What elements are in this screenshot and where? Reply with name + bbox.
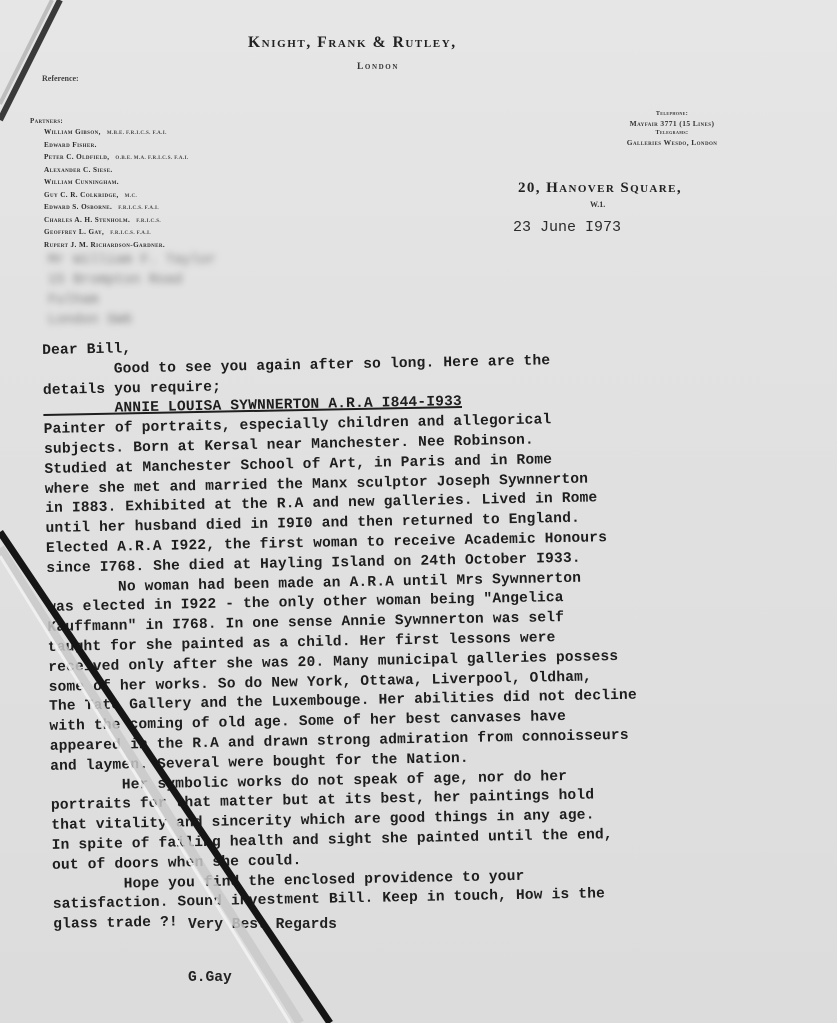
partner-name: Edward S. Osborne. xyxy=(44,203,112,211)
partner-name: William Gibson, xyxy=(44,128,101,136)
body-text: Good to see you again after so long. Her… xyxy=(42,347,833,936)
partner-name: Geoffrey L. Gay, xyxy=(44,228,104,236)
partner-entry: Charles A. H. Stenholm.F.R.I.C.S. xyxy=(44,215,189,228)
telephone-number: Mayfair 3771 (15 Lines) xyxy=(592,119,752,129)
partner-entry: William Gibson,M.B.E. F.R.I.C.S. F.A.I. xyxy=(44,127,189,140)
partner-entry: William Cunningham. xyxy=(44,177,189,190)
partners-list: William Gibson,M.B.E. F.R.I.C.S. F.A.I.E… xyxy=(44,127,189,252)
partner-qualifications: F.R.I.C.S. F.A.I. xyxy=(118,206,159,211)
partner-name: William Cunningham. xyxy=(44,178,119,186)
recipient-address-redacted: Mr William F. Taylor15 Brompton RoadFulh… xyxy=(48,250,216,330)
partner-qualifications: F.R.I.C.S. xyxy=(136,219,161,224)
letter-page: Knight, Frank & Rutley, London Reference… xyxy=(0,0,837,1023)
partner-entry: Edward S. Osborne.F.R.I.C.S. F.A.I. xyxy=(44,202,189,215)
firm-address: 20, Hanover Square, xyxy=(518,180,682,197)
recipient-line: Fulham xyxy=(48,290,216,310)
firm-name: Knight, Frank & Rutley, xyxy=(248,34,457,52)
partner-qualifications: M.B.E. F.R.I.C.S. F.A.I. xyxy=(107,131,167,136)
partner-entry: Guy C. R. Colkridge,M.C. xyxy=(44,190,189,203)
closing: Very Best Regards xyxy=(188,917,337,933)
reference-label: Reference: xyxy=(42,74,79,83)
partner-name: Guy C. R. Colkridge, xyxy=(44,191,119,199)
postal-district: W.1. xyxy=(590,200,605,209)
partner-name: Edward Fisher. xyxy=(44,141,97,149)
partner-entry: Geoffrey L. Gay,F.R.I.C.S. F.A.I. xyxy=(44,227,189,240)
telegrams-label: Telegrams: xyxy=(592,129,752,138)
firm-city: London xyxy=(357,62,399,72)
partner-name: Peter C. Oldfield, xyxy=(44,153,109,161)
partners-label: Partners: xyxy=(30,117,63,125)
letter-body: Dear Bill, Good to see you again after s… xyxy=(42,327,833,936)
recipient-line: 15 Brompton Road xyxy=(48,270,216,290)
signature: G.Gay xyxy=(188,970,232,986)
partner-qualifications: F.R.I.C.S. F.A.I. xyxy=(110,231,151,236)
recipient-line: London SW6 xyxy=(48,310,216,330)
partner-qualifications: M.C. xyxy=(125,194,137,199)
recipient-line: Mr William F. Taylor xyxy=(48,250,216,270)
partner-name: Alexander C. Siese. xyxy=(44,166,113,174)
partner-qualifications: O.B.E. M.A. F.R.I.C.S. F.A.I. xyxy=(115,156,188,161)
partner-name: Charles A. H. Stenholm. xyxy=(44,216,130,224)
partner-name: Rupert J. M. Richardson-Gardner. xyxy=(44,241,165,249)
telegrams-address: Galleries Wesdo, London xyxy=(592,138,752,148)
partner-entry: Peter C. Oldfield,O.B.E. M.A. F.R.I.C.S.… xyxy=(44,152,189,165)
partner-entry: Alexander C. Siese. xyxy=(44,165,189,178)
partner-entry: Edward Fisher. xyxy=(44,140,189,153)
contact-block: Telephone: Mayfair 3771 (15 Lines) Teleg… xyxy=(592,110,752,148)
telephone-label: Telephone: xyxy=(592,110,752,119)
letter-date: 23 June I973 xyxy=(513,219,621,236)
